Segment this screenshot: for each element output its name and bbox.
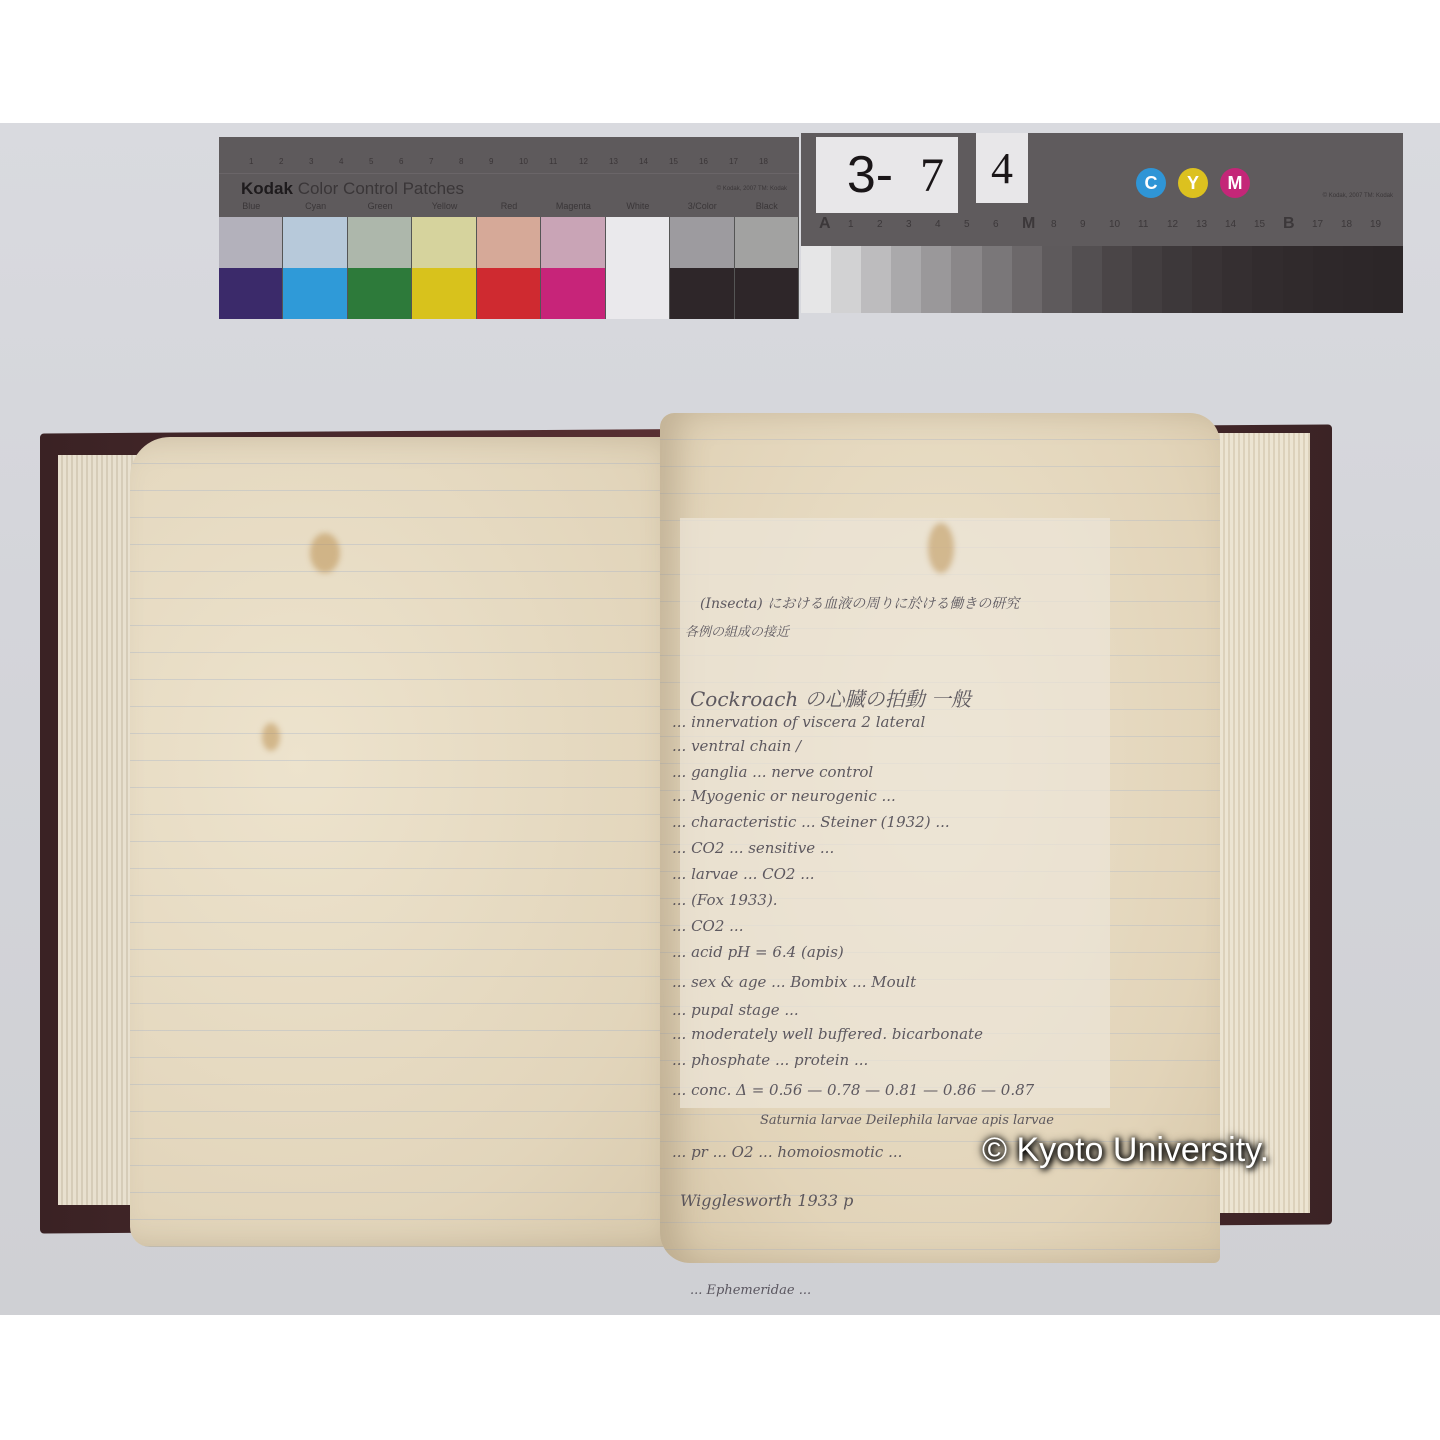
gray-step <box>891 246 921 313</box>
ruler-tick: 5 <box>369 157 373 166</box>
color-patch-light <box>477 217 540 268</box>
handwritten-line: ... acid pH = 6.4 (apis) <box>672 943 844 961</box>
photo-background: 1 2 3 4 5 6 7 8 9 10 11 12 13 14 15 16 1… <box>0 123 1440 1315</box>
ruler-tick: 3 <box>309 157 313 166</box>
handwritten-line: ... sex & age ... Bombix ... Moult <box>672 973 916 991</box>
color-patch-light <box>670 217 733 268</box>
handwritten-line: 各例の組成の接近 <box>685 621 789 640</box>
color-patch-dark <box>348 268 411 319</box>
grayscale-strip: 3- 7 4 CYM © Kodak, 2007 TM: Kodak A1234… <box>801 133 1403 313</box>
scale-tick: A <box>819 215 831 233</box>
handwritten-line: Cockroach の心臓の拍動 一般 <box>690 683 971 712</box>
patch-label: Blue <box>219 201 283 211</box>
color-patch-light <box>735 217 798 268</box>
grayscale-copyright: © Kodak, 2007 TM: Kodak <box>1323 193 1393 199</box>
grayscale-scale: A123456M89101112131415B171819 <box>801 215 1403 237</box>
color-patch <box>348 217 412 319</box>
scale-tick: 15 <box>1254 219 1265 230</box>
handwritten-line: ... CO2 ... sensitive ... <box>672 839 834 857</box>
ruler-tick: 13 <box>609 157 618 166</box>
stain <box>262 723 280 751</box>
scale-tick: 4 <box>935 219 941 230</box>
color-patch-dark <box>412 268 475 319</box>
color-patch <box>670 217 734 319</box>
ruler-tick: 2 <box>279 157 283 166</box>
color-patch <box>412 217 476 319</box>
gray-step <box>801 246 831 313</box>
patch-label: Magenta <box>541 201 605 211</box>
color-patch-dark <box>735 268 798 319</box>
color-patch-dark <box>477 268 540 319</box>
cym-markers: CYM <box>1136 168 1250 198</box>
color-patch-light <box>541 217 604 268</box>
scale-tick: 17 <box>1312 219 1323 230</box>
handwritten-line: ... innervation of viscera 2 lateral <box>672 713 925 731</box>
gray-step <box>951 246 981 313</box>
color-patch <box>477 217 541 319</box>
patch-label: Green <box>348 201 412 211</box>
patch-label: Black <box>735 201 799 211</box>
ruler-tick: 8 <box>459 157 463 166</box>
kodak-ruler: 1 2 3 4 5 6 7 8 9 10 11 12 13 14 15 16 1… <box>219 137 799 174</box>
ruler-tick: 16 <box>699 157 708 166</box>
color-patch-dark <box>606 268 669 319</box>
ruler-tick: 6 <box>399 157 403 166</box>
scale-tick: 6 <box>993 219 999 230</box>
handwritten-line: Saturnia larvae Deilephila larvae apis l… <box>760 1113 1054 1128</box>
handwritten-line: Wigglesworth 1933 p <box>680 1191 853 1210</box>
catalog-label-card: 4 <box>976 133 1028 203</box>
ruler-tick: 12 <box>579 157 588 166</box>
gray-step <box>1102 246 1132 313</box>
catalog-number-part: 3- <box>847 145 893 205</box>
gray-step <box>1252 246 1282 313</box>
scale-tick: 9 <box>1080 219 1086 230</box>
color-patch-dark <box>541 268 604 319</box>
scale-tick: 3 <box>906 219 912 230</box>
gray-step <box>1072 246 1102 313</box>
handwritten-line: ... pupal stage ... <box>672 1001 799 1019</box>
color-patches <box>219 217 799 319</box>
patch-label: 3/Color <box>670 201 734 211</box>
gray-step <box>1222 246 1252 313</box>
handwritten-line: ... conc. Δ = 0.56 — 0.78 — 0.81 — 0.86 … <box>672 1081 1034 1099</box>
ruler-tick: 18 <box>759 157 768 166</box>
ruler-tick: 11 <box>549 157 557 166</box>
color-patch-light <box>283 217 346 268</box>
gray-step <box>1012 246 1042 313</box>
handwritten-line: ... ganglia ... nerve control <box>672 763 873 781</box>
kodak-title-text: Color Control Patches <box>298 179 464 198</box>
ruler-tick: 7 <box>429 157 433 166</box>
kodak-title: Kodak Color Control Patches <box>241 179 464 199</box>
gray-step <box>1192 246 1222 313</box>
patch-label: Cyan <box>283 201 347 211</box>
cym-marker-icon: M <box>1220 168 1250 198</box>
handwritten-line: ... characteristic ... Steiner (1932) ..… <box>672 813 950 831</box>
cym-marker-icon: Y <box>1178 168 1208 198</box>
patch-label: White <box>606 201 670 211</box>
copyright-watermark: © Kyoto University. <box>982 1131 1269 1170</box>
scale-tick: 12 <box>1167 219 1178 230</box>
ruler-tick: 14 <box>639 157 648 166</box>
stain <box>310 533 340 573</box>
ruler-tick: 17 <box>729 157 738 166</box>
ruler-tick: 15 <box>669 157 678 166</box>
gray-step <box>1162 246 1192 313</box>
scale-tick: 2 <box>877 219 883 230</box>
ruler-tick: 10 <box>519 157 528 166</box>
handwritten-line: ... ventral chain / <box>672 737 801 755</box>
gray-step <box>1313 246 1343 313</box>
stain <box>928 523 954 573</box>
patch-label: Yellow <box>412 201 476 211</box>
scale-tick: 10 <box>1109 219 1120 230</box>
color-patch <box>219 217 283 319</box>
color-patch <box>283 217 347 319</box>
handwritten-line: ... moderately well buffered. bicarbonat… <box>672 1025 983 1043</box>
catalog-label-card: 7 <box>906 137 958 213</box>
handwritten-line: ... Myogenic or neurogenic ... <box>672 787 896 805</box>
handwritten-line: ... pr ... O2 ... homoiosmotic ... <box>672 1143 902 1161</box>
scale-tick: 1 <box>848 219 854 230</box>
color-patch <box>541 217 605 319</box>
color-patch-light <box>606 217 669 268</box>
scale-tick: M <box>1022 215 1035 233</box>
color-patch-dark <box>219 268 282 319</box>
handwritten-line: ... larvae ... CO2 ... <box>672 865 815 883</box>
ruler-tick: 9 <box>489 157 493 166</box>
patch-labels: Blue Cyan Green Yellow Red Magenta White… <box>219 201 799 211</box>
patch-label: Red <box>477 201 541 211</box>
handwritten-line: ... CO2 ... <box>672 917 743 935</box>
color-patch-dark <box>670 268 733 319</box>
handwritten-line: (Insecta) における血液の周りに於ける働きの研究 <box>700 593 1019 613</box>
gray-step <box>1343 246 1373 313</box>
gray-step <box>1042 246 1072 313</box>
gray-step <box>982 246 1012 313</box>
cym-marker-icon: C <box>1136 168 1166 198</box>
gray-step <box>1373 246 1403 313</box>
kodak-copyright: © Kodak, 2007 TM: Kodak <box>717 186 787 192</box>
color-patch-light <box>412 217 475 268</box>
gray-step <box>1283 246 1313 313</box>
gray-step <box>861 246 891 313</box>
scale-tick: 14 <box>1225 219 1236 230</box>
scale-tick: 19 <box>1370 219 1381 230</box>
handwritten-line: ... phosphate ... protein ... <box>672 1051 868 1069</box>
scale-tick: 5 <box>964 219 970 230</box>
scale-tick: B <box>1283 215 1295 233</box>
scale-tick: 11 <box>1138 219 1148 230</box>
kodak-logo: Kodak <box>241 179 293 198</box>
catalog-number-part: 7 <box>920 148 944 203</box>
gray-step <box>921 246 951 313</box>
color-patch <box>735 217 799 319</box>
grayscale-steps <box>801 246 1403 313</box>
kodak-color-control-strip: 1 2 3 4 5 6 7 8 9 10 11 12 13 14 15 16 1… <box>219 137 799 319</box>
handwritten-line: ... (Fox 1933). <box>672 891 778 909</box>
catalog-number-part: 4 <box>991 143 1013 194</box>
color-patch <box>606 217 670 319</box>
gray-step <box>1132 246 1162 313</box>
scale-tick: 18 <box>1341 219 1352 230</box>
color-patch-light <box>348 217 411 268</box>
handwritten-line: ... Ephemeridae ... <box>690 1283 811 1298</box>
ruler-tick: 1 <box>249 157 253 166</box>
color-patch-dark <box>283 268 346 319</box>
gray-step <box>831 246 861 313</box>
ruler-tick: 4 <box>339 157 343 166</box>
scale-tick: 13 <box>1196 219 1207 230</box>
left-page-blank <box>130 437 690 1247</box>
scale-tick: 8 <box>1051 219 1057 230</box>
color-patch-light <box>219 217 282 268</box>
